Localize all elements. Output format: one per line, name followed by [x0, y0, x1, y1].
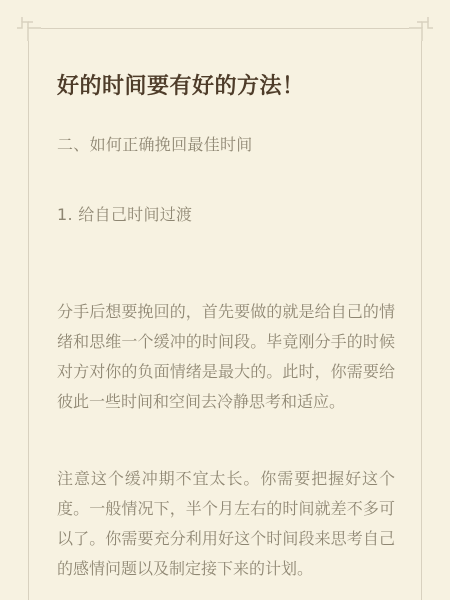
corner-ornament-icon [409, 13, 437, 41]
section-heading: 1. 给自己时间过渡 [57, 203, 395, 227]
chapter-heading: 二、如何正确挽回最佳时间 [57, 133, 395, 157]
paragraph: 分手后想要挽回的，首先要做的就是给自己的情绪和思维一个缓冲的时间段。毕竟刚分手的… [57, 297, 395, 417]
article-title: 好的时间要有好的方法！ [57, 73, 395, 102]
page: 好的时间要有好的方法！ 二、如何正确挽回最佳时间 1. 给自己时间过渡 分手后想… [0, 0, 450, 600]
corner-ornament-icon [13, 13, 41, 41]
paragraph: 注意这个缓冲期不宜太长。你需要把握好这个度。一般情况下，半个月左右的时间就差不多… [57, 464, 395, 584]
